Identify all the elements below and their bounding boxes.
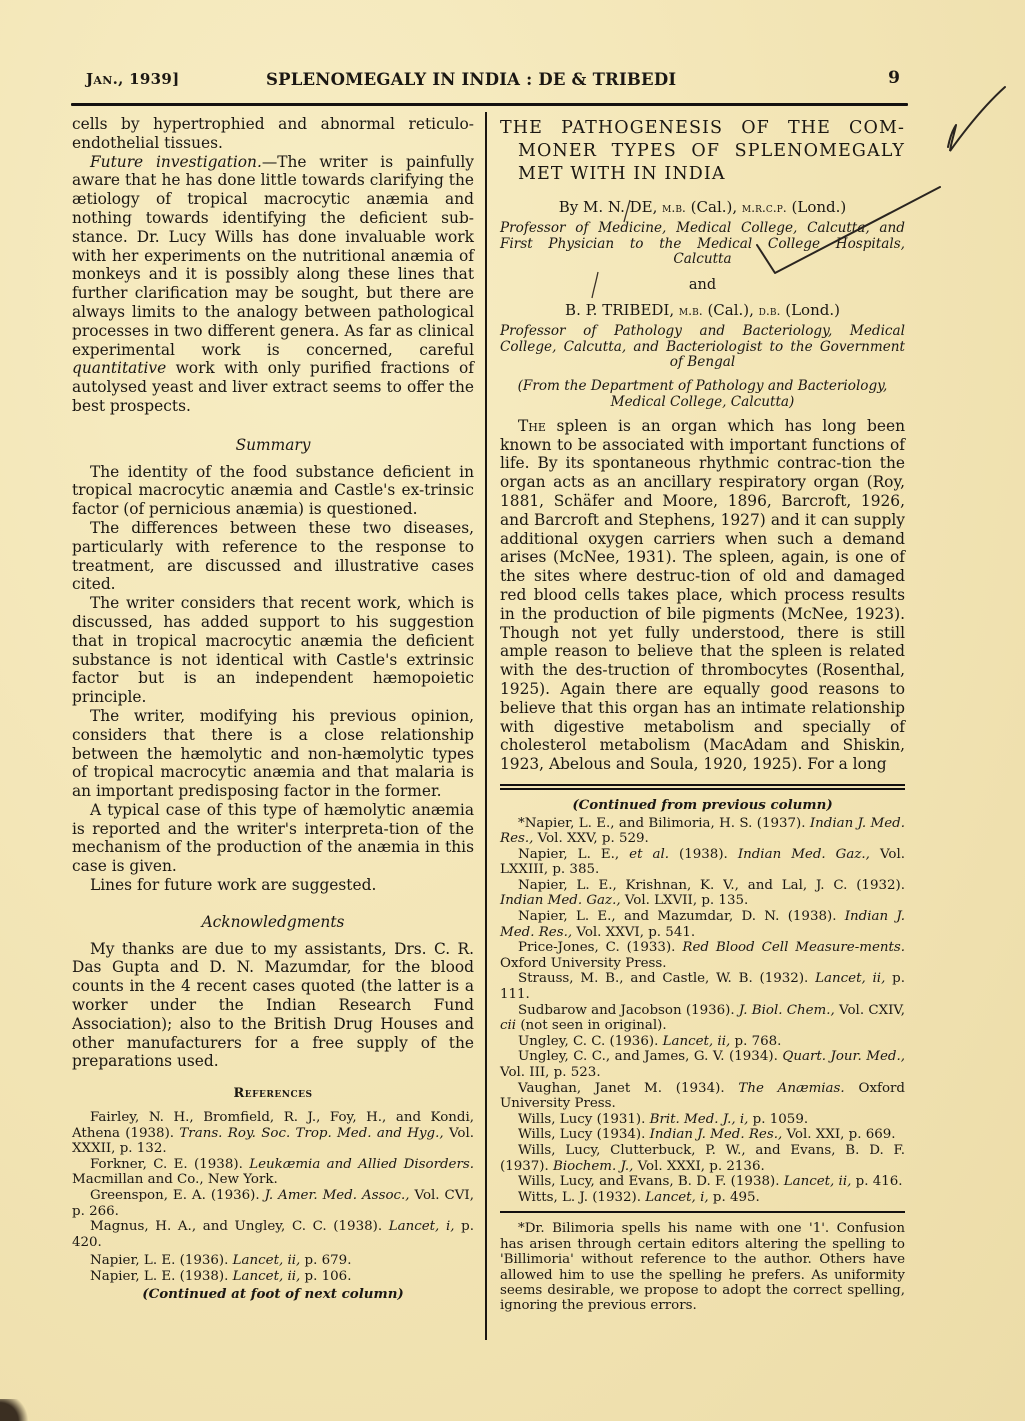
article-title: THE PATHOGENESIS OF THE COM- MONER TYPES… [500, 117, 905, 186]
reference-item: Fairley, N. H., Bromfield, R. J., Foy, H… [72, 1110, 474, 1157]
author-byline: B. P. TRIBEDI, m.b. (Cal.), d.b. (Lond.) [500, 301, 905, 321]
reference-item: Napier, L. E., et al. (1938). Indian Med… [500, 847, 905, 878]
references-continued-list: (Continued from previous column) *Napier… [500, 798, 905, 1205]
page-corner-shadow [0, 1399, 34, 1421]
summary-paragraph: The differences between these two diseas… [72, 519, 474, 594]
reference-item: Wills, Lucy, Clutterbuck, P. W., and Eva… [500, 1143, 905, 1174]
reference-item: Napier, L. E., Krishnan, K. V., and Lal,… [500, 878, 905, 909]
reference-item: Napier, L. E. (1938). Lancet, ii, p. 106… [72, 1269, 474, 1285]
reference-item: Wills, Lucy (1931). Brit. Med. J., i, p.… [500, 1112, 905, 1128]
right-column: THE PATHOGENESIS OF THE COM- MONER TYPES… [500, 117, 905, 1314]
article-body-paragraph: The spleen is an organ which has long be… [500, 417, 905, 774]
running-header: Jan., 1939] SPLENOMEGALY IN INDIA : DE &… [86, 68, 906, 94]
footnote: *Dr. Bilimoria spells his name with one … [500, 1221, 905, 1313]
issue-date: Jan., 1939] [86, 70, 180, 88]
acknowledgments-paragraph: My thanks are due to my assistants, Drs.… [72, 940, 474, 1072]
reference-item: *Napier, L. E., and Bilimoria, H. S. (19… [500, 816, 905, 847]
left-column: cells by hypertrophied and abnormal reti… [72, 115, 474, 1302]
reference-item: Napier, L. E., and Mazumdar, D. N. (1938… [500, 909, 905, 940]
summary-heading: Summary [72, 436, 474, 455]
reference-item: Witts, L. J. (1932). Lancet, i, p. 495. [500, 1190, 905, 1206]
continued-note: (Continued at foot of next column) [72, 1287, 474, 1303]
running-title: SPLENOMEGALY IN INDIA : DE & TRIBEDI [266, 70, 676, 89]
pencil-mark-icon [586, 270, 606, 300]
acknowledgments-heading: Acknowledgments [72, 913, 474, 932]
reference-item: Magnus, H. A., and Ungley, C. C. (1938).… [72, 1219, 474, 1250]
summary-paragraph: A typical case of this type of hæmolytic… [72, 801, 474, 876]
column-divider [485, 112, 487, 1340]
continued-heading: (Continued from previous column) [500, 798, 905, 814]
reference-item: Price-Jones, C. (1933). Red Blood Cell M… [500, 940, 905, 971]
journal-page: Jan., 1939] SPLENOMEGALY IN INDIA : DE &… [0, 0, 1025, 1421]
header-rule [71, 103, 908, 106]
reference-item: Napier, L. E. (1936). Lancet, ii, p. 679… [72, 1253, 474, 1269]
reference-item: Strauss, M. B., and Castle, W. B. (1932)… [500, 971, 905, 1002]
reference-item: Ungley, C. C. (1936). Lancet, ii, p. 768… [500, 1034, 905, 1050]
author-affiliation: Professor of Pathology and Bacteriology,… [500, 324, 905, 371]
reference-item: Wills, Lucy, and Evans, B. D. F. (1938).… [500, 1174, 905, 1190]
references-heading: References [72, 1085, 474, 1104]
summary-paragraph: The writer considers that recent work, w… [72, 594, 474, 707]
pencil-checkmark-icon [940, 85, 1020, 165]
pencil-checkmark-icon [745, 185, 945, 285]
future-investigation-lead: Future investigation. [90, 153, 262, 171]
pencil-mark-icon [618, 196, 638, 226]
summary-paragraph: The writer, modifying his previous opini… [72, 707, 474, 801]
section-divider [500, 784, 905, 790]
summary-paragraph: Lines for future work are suggested. [72, 876, 474, 895]
reference-item: Ungley, C. C., and James, G. V. (1934). … [500, 1049, 905, 1080]
reference-item: Greenspon, E. A. (1936). J. Amer. Med. A… [72, 1188, 474, 1219]
page-number: 9 [888, 68, 900, 88]
references-list: Fairley, N. H., Bromfield, R. J., Foy, H… [72, 1110, 474, 1302]
reference-item: Forkner, C. E. (1938). Leukæmia and Alli… [72, 1157, 474, 1188]
continuing-paragraph: cells by hypertrophied and abnormal reti… [72, 115, 474, 153]
summary-paragraph: The identity of the food substance defic… [72, 463, 474, 519]
footnote-rule [500, 1211, 905, 1213]
reference-item: Sudbarow and Jacobson (1936). J. Biol. C… [500, 1003, 905, 1034]
reference-item: Wills, Lucy (1934). Indian J. Med. Res.,… [500, 1127, 905, 1143]
reference-item: Vaughan, Janet M. (1934). The Anæmias. O… [500, 1081, 905, 1112]
department-note: (From the Department of Pathology and Ba… [500, 379, 905, 411]
future-investigation-paragraph: Future investigation.—The writer is pain… [72, 153, 474, 416]
footnote-text: *Dr. Bilimoria spells his name with one … [500, 1221, 905, 1313]
